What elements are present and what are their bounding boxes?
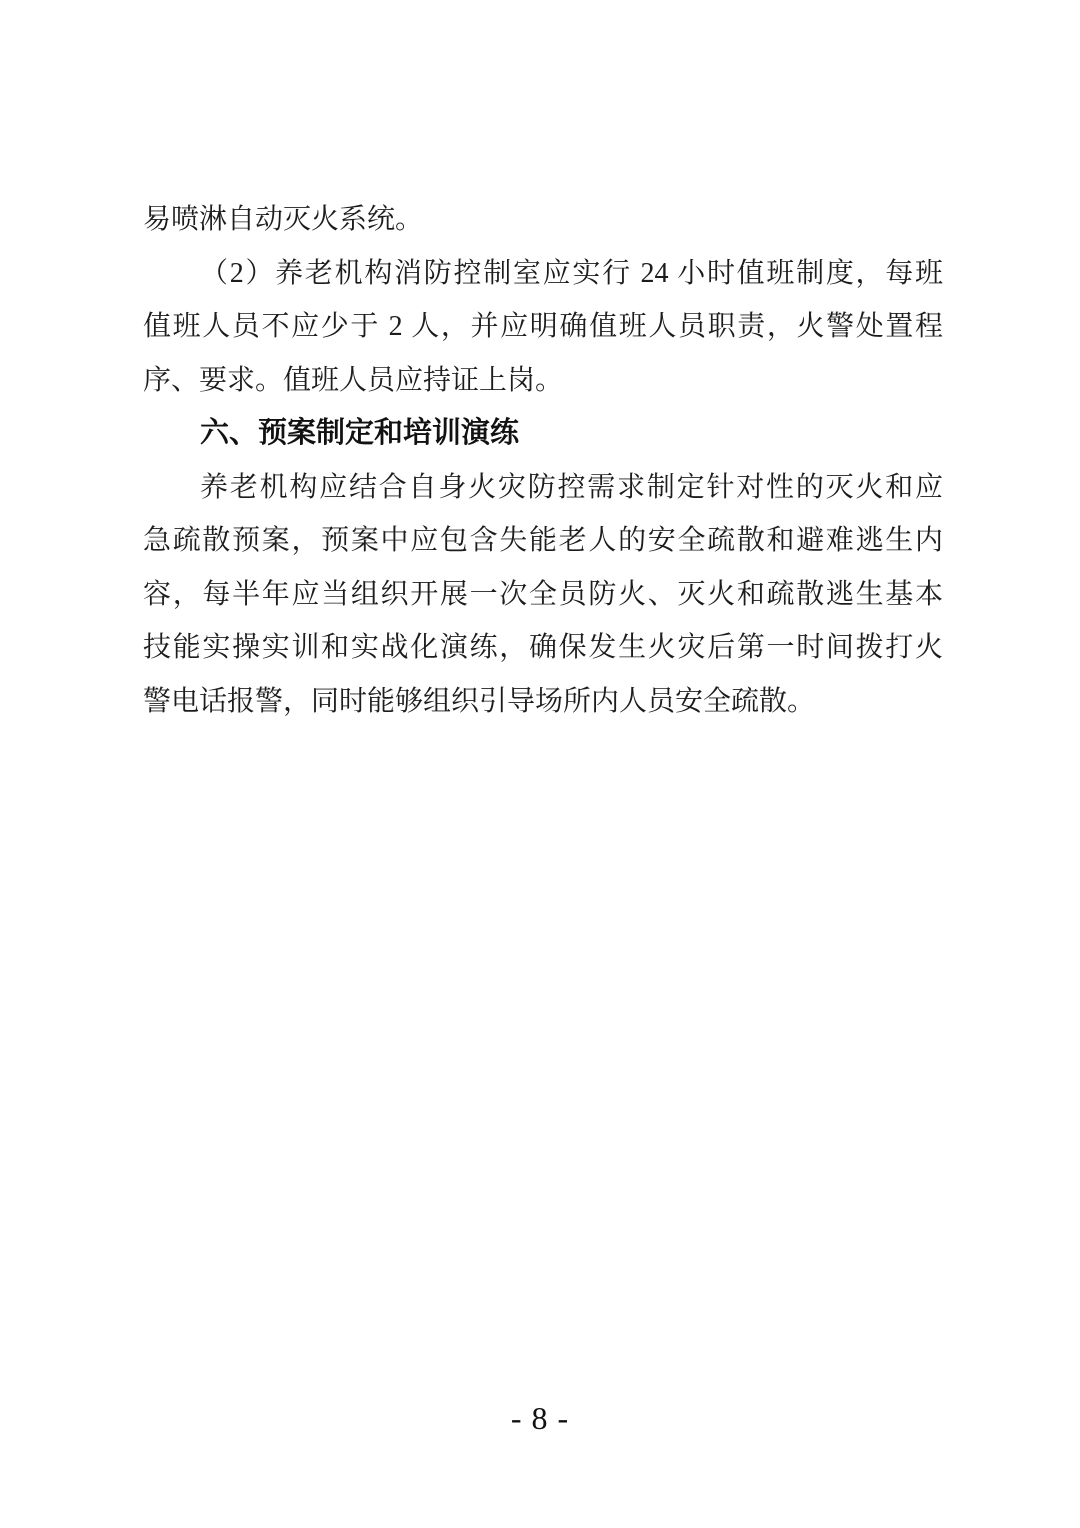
- section-heading-plan-training: 六、预案制定和培训演练: [143, 407, 943, 461]
- body-line-duty-personnel: 值班人员不应少于 2 人，并应明确值班人员职责，火警处置程: [143, 300, 943, 354]
- body-line-semiannual-drill: 容，每半年应当组织开展一次全员防火、灭火和疏散逃生基本: [143, 568, 943, 622]
- document-body: 易喷淋自动灭火系统。 （2）养老机构消防控制室应实行 24 小时值班制度，每班 …: [143, 193, 943, 728]
- document-page: 易喷淋自动灭火系统。 （2）养老机构消防控制室应实行 24 小时值班制度，每班 …: [0, 0, 1080, 1528]
- body-line-control-room-duty: （2）养老机构消防控制室应实行 24 小时值班制度，每班: [143, 247, 943, 301]
- body-line-sprinkler-system: 易喷淋自动灭火系统。: [143, 193, 943, 247]
- page-number: - 8 -: [0, 1396, 1080, 1440]
- body-line-alarm-evacuate: 警电话报警，同时能够组织引导场所内人员安全疏散。: [143, 675, 943, 729]
- body-line-certified-posts: 序、要求。值班人员应持证上岗。: [143, 354, 943, 408]
- body-line-evacuation-plan: 急疏散预案，预案中应包含失能老人的安全疏散和避难逃生内: [143, 514, 943, 568]
- body-line-plan-intro: 养老机构应结合自身火灾防控需求制定针对性的灭火和应: [143, 461, 943, 515]
- body-line-practical-training: 技能实操实训和实战化演练，确保发生火灾后第一时间拨打火: [143, 621, 943, 675]
